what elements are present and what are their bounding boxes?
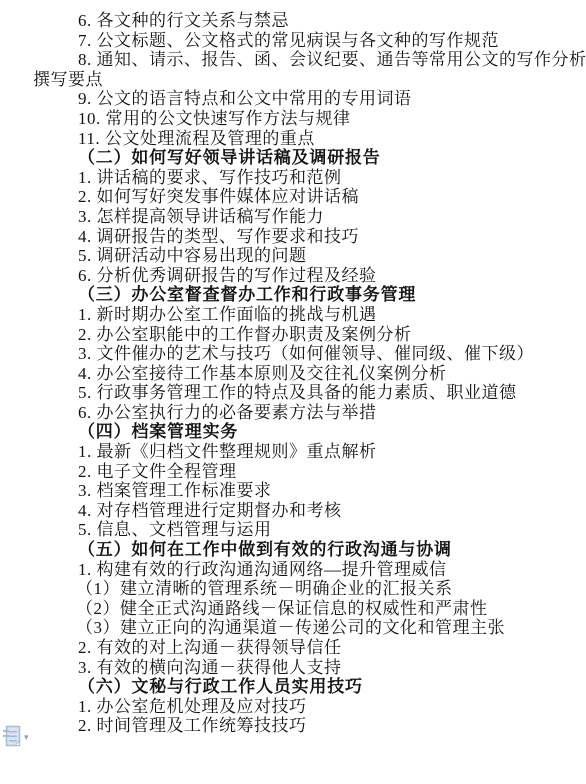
list-item-line: 10. 常用的公文快速写作方法与规律 (33, 109, 566, 129)
list-item-line: 7. 公文标题、公文格式的常见病误与各文种的写作规范 (33, 31, 566, 51)
list-item-line: 3. 有效的横向沟通－获得他人支持 (33, 658, 566, 678)
list-item-line: 6. 各文种的行文关系与禁忌 (33, 11, 566, 31)
paste-document-icon (2, 725, 21, 749)
list-item-line: 11. 公文处理流程及管理的重点 (33, 129, 566, 149)
section-heading: （五）如何在工作中做到有效的行政沟通与协调 (33, 540, 566, 560)
document-page: 6. 各文种的行文关系与禁忌 7. 公文标题、公文格式的常见病误与各文种的写作规… (0, 0, 586, 784)
sub-item-line: （2）健全正式沟通路线－保证信息的权威性和严肃性 (33, 599, 566, 619)
list-item-line: 4. 对存档管理进行定期督办和考核 (33, 501, 566, 521)
list-item-line: 1. 办公室危机处理及应对技巧 (33, 697, 566, 717)
sub-item-line: （1）建立清晰的管理系统－明确企业的汇报关系 (33, 579, 566, 599)
list-item-line: 2. 电子文件全程管理 (33, 462, 566, 482)
list-item-line: 1. 构建有效的行政沟通沟通网络—提升管理威信 (33, 560, 566, 580)
list-item-line: 2. 如何写好突发事件媒体应对讲话稿 (33, 187, 566, 207)
section-heading: （三）办公室督查督办工作和行政事务管理 (33, 285, 566, 305)
list-item-line: 1. 新时期办公室工作面临的挑战与机遇 (33, 305, 566, 325)
document-body: 6. 各文种的行文关系与禁忌 7. 公文标题、公文格式的常见病误与各文种的写作规… (33, 11, 566, 736)
sub-item-line: （3）建立正向的沟通渠道－传递公司的文化和管理主张 (33, 618, 566, 638)
list-item-line: 2. 时间管理及工作统筹技技巧 (33, 716, 566, 736)
list-item-line: 5. 信息、文档管理与运用 (33, 520, 566, 540)
list-item-line: 2. 有效的对上沟通－获得领导信任 (33, 638, 566, 658)
list-item-line: 5. 行政事务管理工作的特点及具备的能力素质、职业道德 (33, 383, 566, 403)
list-item-line: 4. 调研报告的类型、写作要求和技巧 (33, 227, 566, 247)
section-heading: （二）如何写好领导讲话稿及调研报告 (33, 148, 566, 168)
list-item-line: 3. 怎样提高领导讲话稿写作能力 (33, 207, 566, 227)
section-heading: （六）文秘与行政工作人员实用技巧 (33, 677, 566, 697)
list-item-line: 1. 讲话稿的要求、写作技巧和范例 (33, 168, 566, 188)
list-item-line: 9. 公文的语言特点和公文中常用的专用词语 (33, 89, 566, 109)
list-item-line: 8. 通知、请示、报告、函、会议纪要、通告等常用公文的写作分析及 (33, 50, 566, 70)
list-item-line: 4. 办公室接待工作基本原则及交往礼仪案例分析 (33, 364, 566, 384)
list-item-line: 1. 最新《归档文件整理规则》重点解析 (33, 442, 566, 462)
paste-options-button[interactable]: ▾ (2, 725, 36, 751)
list-item-line: 5. 调研活动中容易出现的问题 (33, 246, 566, 266)
continuation-line: 撰写要点 (33, 70, 566, 90)
list-item-line: 2. 办公室职能中的工作督办职责及案例分析 (33, 325, 566, 345)
section-heading: （四）档案管理实务 (33, 422, 566, 442)
list-item-line: 3. 文件催办的艺术与技巧（如何催领导、催同级、催下级） (33, 344, 566, 364)
list-item-line: 6. 办公室执行力的必备要素方法与举措 (33, 403, 566, 423)
list-item-line: 6. 分析优秀调研报告的写作过程及经验 (33, 266, 566, 286)
list-item-line: 3. 档案管理工作标准要求 (33, 481, 566, 501)
chevron-down-icon: ▾ (24, 733, 29, 743)
